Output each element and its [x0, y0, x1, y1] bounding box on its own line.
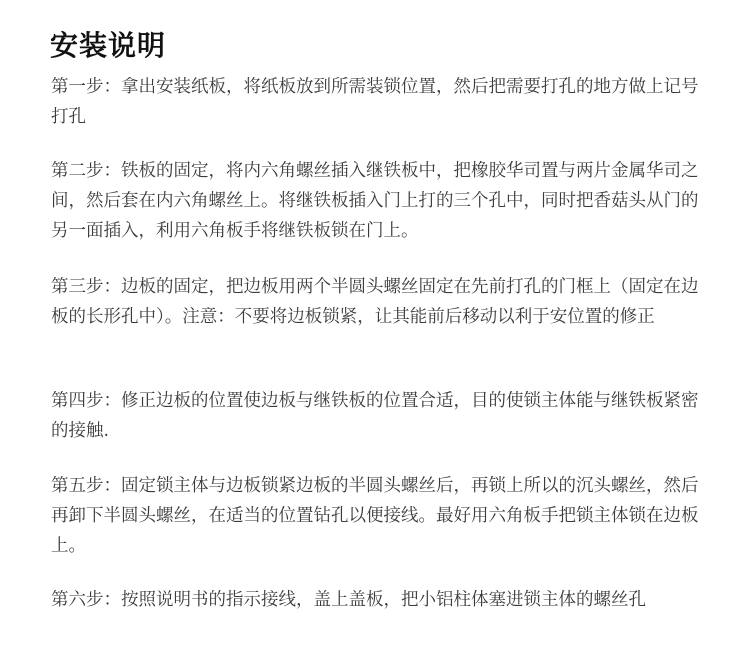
step-5-text: 第五步：固定锁主体与边板锁紧边板的半圆头螺丝后，再锁上所以的沉头螺丝，然后再卸下… [51, 471, 706, 561]
page-title: 安装说明 [50, 28, 166, 64]
step-2-text: 第二步：铁板的固定，将内六角螺丝插入继铁板中，把橡胶华司置与两片金属华司之间，然… [51, 156, 706, 246]
step-1-text: 第一步：拿出安装纸板，将纸板放到所需装锁位置，然后把需要打孔的地方做上记号打孔 [51, 72, 706, 132]
step-3-text: 第三步：边板的固定，把边板用两个半圆头螺丝固定在先前打孔的门框上（固定在边板的长… [51, 272, 706, 332]
step-6-text: 第六步：按照说明书的指示接线，盖上盖板，把小铝柱体塞进锁主体的螺丝孔 [51, 585, 706, 615]
step-4-text: 第四步：修正边板的位置使边板与继铁板的位置合适，目的使锁主体能与继铁板紧密的接触… [51, 386, 706, 446]
